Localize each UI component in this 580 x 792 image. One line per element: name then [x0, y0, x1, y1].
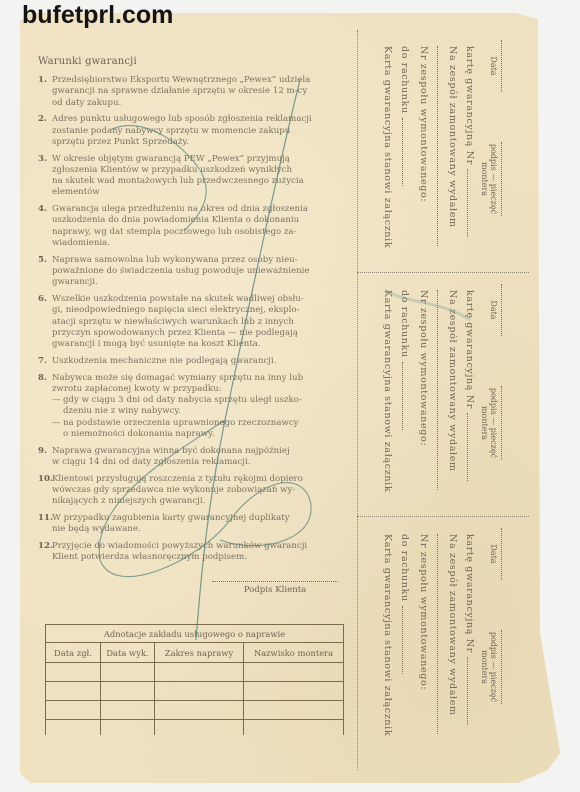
watermark: bufetprl.com — [22, 0, 173, 30]
coupon-date-label: Data — [489, 40, 498, 92]
table-row — [46, 682, 344, 701]
term-number: 5. — [38, 255, 52, 289]
table-title: Adnotacje zakładu usługowego o naprawie — [46, 625, 344, 643]
vertical-perforation-line — [357, 30, 358, 770]
table-cell[interactable] — [101, 682, 155, 701]
table-cell[interactable] — [155, 682, 244, 701]
warranty-term-2: 2.Adres punktu usługowego lub sposób zgł… — [38, 114, 333, 148]
term-number: 12. — [38, 541, 52, 564]
col-header-technician-name: Nazwisko montera — [244, 643, 344, 663]
table-cell[interactable] — [46, 663, 101, 682]
term-text-line: Naprawa gwarancyjna winna być dokonana n… — [52, 446, 333, 457]
coupon-attachment-text: Karta gwarancyjna stanowi załącznik — [382, 534, 393, 736]
card-number-blank[interactable] — [467, 413, 476, 481]
receipt-number-blank[interactable] — [402, 118, 411, 186]
term-text: Naprawa gwarancyjna winna być dokonana n… — [52, 446, 333, 469]
warranty-term-11: 11.W przypadku zagubienia karty gwarancy… — [38, 513, 333, 536]
term-number: 4. — [38, 204, 52, 249]
term-text-line: gwarancji na sprawne działanie sprzętu w… — [52, 86, 333, 97]
col-header-repair-scope: Zakres naprawy — [155, 643, 244, 663]
term-text-line: atacji sprzętu w niewłaściwych warunkach… — [52, 317, 333, 328]
warranty-term-1: 1.Przedsiębiorstwo Eksportu Wewnętrznego… — [38, 75, 333, 109]
term-number: 6. — [38, 294, 52, 350]
warranty-term-5: 5.Naprawa samowolna lub wykonywana przez… — [38, 255, 333, 289]
coupon-signature-label: podpis — pieczęćmontera — [480, 630, 498, 704]
client-signature-line[interactable]: Podpis Klienta — [212, 581, 338, 595]
coupon-installed-unit-text: Na zespół zamontowany wydałem — [447, 290, 458, 472]
subitem-text-line: gdy w ciągu 3 dni od daty nabycia sprzęt… — [63, 395, 302, 406]
term-text: Przedsiębiorstwo Eksportu Wewnętrznego „… — [52, 75, 333, 109]
term-text-line: Nabywca może się domagać wymiany sprzętu… — [52, 373, 333, 384]
term-text-line: gwarancji. — [52, 277, 333, 288]
tear-off-coupon-3[interactable]: Karta gwarancyjna stanowi załącznik do r… — [360, 520, 530, 760]
subitem-text: gdy w ciągu 3 dni od daty nabycia sprzęt… — [63, 395, 302, 418]
term-text-line: nikających z niniejszych gwarancji. — [52, 496, 333, 507]
horizontal-perforation-line — [357, 272, 529, 273]
table-cell[interactable] — [46, 720, 101, 736]
coupon-receipt-field: do rachunku — [399, 46, 411, 186]
coupon-receipt-field: do rachunku — [399, 534, 411, 674]
col-header-date-completed: Data wyk. — [101, 643, 155, 663]
card-number-blank[interactable] — [467, 169, 476, 237]
warranty-term-7: 7.Uszkodzenia mechaniczne nie podlegają … — [38, 356, 333, 367]
warranty-term-9: 9.Naprawa gwarancyjna winna być dokonana… — [38, 446, 333, 469]
table-cell[interactable] — [101, 720, 155, 736]
receipt-number-blank[interactable] — [402, 606, 411, 674]
table-cell[interactable] — [155, 720, 244, 736]
col-header-date-reported: Data zgł. — [46, 643, 101, 663]
term-text: W przypadku zagubienia karty gwarancyjne… — [52, 513, 333, 536]
term-text-line: wówczas gdy sprzedawca nie wykonuje zobo… — [52, 485, 333, 496]
term-text-line: W przypadku zagubienia karty gwarancyjne… — [52, 513, 333, 524]
term-text: Przyjęcie do wiadomości powyższych warun… — [52, 541, 333, 564]
repair-annotations-table: Adnotacje zakładu usługowego o naprawie … — [45, 624, 344, 735]
table-cell[interactable] — [244, 701, 344, 720]
term-subitem: —na podstawie orzeczenia uprawnionego rz… — [52, 418, 333, 441]
term-text-line: Gwarancja ulega przedłużeniu na okres od… — [52, 204, 333, 215]
coupon-card-number-field: kartę gwarancyjną Nr — [464, 290, 476, 481]
tear-off-coupon-1[interactable]: Karta gwarancyjna stanowi załącznik do r… — [360, 32, 530, 272]
warranty-term-4: 4.Gwarancja ulega przedłużeniu na okres … — [38, 204, 333, 249]
term-text-line: W okresie objętym gwarancją PEW „Pewex” … — [52, 154, 333, 165]
coupon-attachment-text: Karta gwarancyjna stanowi załącznik — [382, 46, 393, 248]
term-text-line: sprzętu przez Punkt Sprzedaży. — [52, 137, 333, 148]
term-number: 9. — [38, 446, 52, 469]
removed-unit-blank[interactable] — [437, 290, 438, 490]
warranty-terms-list: 1.Przedsiębiorstwo Eksportu Wewnętrznego… — [38, 75, 333, 569]
coupon-removed-unit-label: Nr zespołu wymontowanego: — [418, 290, 429, 446]
removed-unit-blank[interactable] — [437, 534, 438, 734]
horizontal-perforation-line — [357, 516, 529, 517]
table-cell[interactable] — [155, 663, 244, 682]
table-row — [46, 701, 344, 720]
term-text-line: zostanie podany nabywcy sprzętu w momenc… — [52, 126, 333, 137]
term-text-line: poważnione do świadczenia usług powoduje… — [52, 266, 333, 277]
term-text-line: na skutek wad montażowych lub przedwczes… — [52, 176, 333, 187]
coupon-date-label: Data — [489, 284, 498, 336]
term-text-line: wiadomienia. — [52, 238, 333, 249]
term-text: Gwarancja ulega przedłużeniu na okres od… — [52, 204, 333, 249]
term-text-line: Klientowi przysługują roszczenia z tytuł… — [52, 474, 333, 485]
table-row — [46, 663, 344, 682]
date-blank[interactable] — [501, 40, 502, 92]
coupon-signature-label: podpis — pieczęćmontera — [480, 142, 498, 216]
subitem-text-line: na podstawie orzeczenia uprawnionego rze… — [63, 418, 299, 429]
term-text-line: Uszkodzenia mechaniczne nie podlegają gw… — [52, 356, 333, 367]
coupon-card-number-field: kartę gwarancyjną Nr — [464, 46, 476, 237]
table-cell[interactable] — [244, 682, 344, 701]
term-number: 2. — [38, 114, 52, 148]
term-number: 10. — [38, 474, 52, 508]
table-cell[interactable] — [46, 682, 101, 701]
term-text-line: uszkodzenia do dnia powiadomienia Klient… — [52, 215, 333, 226]
term-text-line: w ciągu 14 dni od daty zgłoszenia reklam… — [52, 457, 333, 468]
term-text-line: gi, nieodpowiedniego napięcia sieci elek… — [52, 305, 333, 316]
subitem-text-line: o niemożności dokonania naprawy. — [63, 429, 299, 440]
coupon-installed-unit-text: Na zespół zamontowany wydałem — [447, 46, 458, 228]
table-cell[interactable] — [244, 720, 344, 736]
warranty-term-10: 10.Klientowi przysługują roszczenia z ty… — [38, 474, 333, 508]
term-number: 8. — [38, 373, 52, 441]
table-cell[interactable] — [155, 701, 244, 720]
technician-signature-blank[interactable] — [501, 630, 502, 704]
term-text-line: Przyjęcie do wiadomości powyższych warun… — [52, 541, 333, 552]
receipt-number-blank[interactable] — [402, 362, 411, 430]
table-cell[interactable] — [244, 663, 344, 682]
tear-off-coupon-2[interactable]: Karta gwarancyjna stanowi załącznik do r… — [360, 276, 530, 516]
term-text-line: zgłoszenia Klientów w przypadku uszkodze… — [52, 165, 333, 176]
term-text-line: przyczyn spowodowanych przez Klienta — n… — [52, 328, 333, 339]
subitem-dash: — — [52, 418, 63, 441]
term-text-line: naprawy, wg dat stempla pocztowego lub o… — [52, 227, 333, 238]
term-text-line: nie będą wydawane. — [52, 524, 333, 535]
term-number: 7. — [38, 356, 52, 367]
coupon-receipt-field: do rachunku — [399, 290, 411, 430]
term-text-line: elementów — [52, 187, 333, 198]
term-text: W okresie objętym gwarancją PEW „Pewex” … — [52, 154, 333, 199]
term-text-line: Adres punktu usługowego lub sposób zgłos… — [52, 114, 333, 125]
coupon-signature-label: podpis — pieczęćmontera — [480, 386, 498, 460]
technician-signature-blank[interactable] — [501, 142, 502, 216]
subitem-text: na podstawie orzeczenia uprawnionego rze… — [63, 418, 299, 441]
removed-unit-blank[interactable] — [437, 46, 438, 246]
term-text-line: od daty zakupu. — [52, 98, 333, 109]
table-row — [46, 720, 344, 736]
terms-heading: Warunki gwarancji — [38, 56, 137, 67]
term-subitem: —gdy w ciągu 3 dni od daty nabycia sprzę… — [52, 395, 333, 418]
warranty-term-3: 3.W okresie objętym gwarancją PEW „Pewex… — [38, 154, 333, 199]
term-text-line: Naprawa samowolna lub wykonywana przez o… — [52, 255, 333, 266]
term-text: Nabywca może się domagać wymiany sprzętu… — [52, 373, 333, 441]
date-blank[interactable] — [501, 284, 502, 336]
coupon-card-number-field: kartę gwarancyjną Nr — [464, 534, 476, 725]
term-text: Adres punktu usługowego lub sposób zgłos… — [52, 114, 333, 148]
warranty-term-6: 6.Wszelkie uszkodzenia powstałe na skute… — [38, 294, 333, 350]
coupon-installed-unit-text: Na zespół zamontowany wydałem — [447, 534, 458, 716]
warranty-term-8: 8.Nabywca może się domagać wymiany sprzę… — [38, 373, 333, 441]
term-text-line: gwarancji i mogą być usunięte na koszt K… — [52, 339, 333, 350]
coupon-date-label: Data — [489, 528, 498, 580]
term-text: Uszkodzenia mechaniczne nie podlegają gw… — [52, 356, 333, 367]
term-number: 1. — [38, 75, 52, 109]
term-number: 11. — [38, 513, 52, 536]
subitem-dash: — — [52, 395, 63, 418]
term-text-line: Klient potwierdza własnoręcznym podpisem… — [52, 552, 333, 563]
table-cell[interactable] — [101, 663, 155, 682]
table-cell[interactable] — [46, 701, 101, 720]
technician-signature-blank[interactable] — [501, 386, 502, 460]
subitem-text-line: dzeniu nie z winy nabywcy. — [63, 406, 302, 417]
term-text: Naprawa samowolna lub wykonywana przez o… — [52, 255, 333, 289]
date-blank[interactable] — [501, 528, 502, 580]
coupon-removed-unit-label: Nr zespołu wymontowanego: — [418, 534, 429, 690]
coupon-attachment-text: Karta gwarancyjna stanowi załącznik — [382, 290, 393, 492]
table-cell[interactable] — [101, 701, 155, 720]
card-number-blank[interactable] — [467, 657, 476, 725]
term-text-line: zwrotu zapłaconej kwoty w przypadku: — [52, 384, 333, 395]
term-text: Klientowi przysługują roszczenia z tytuł… — [52, 474, 333, 508]
term-text-line: Przedsiębiorstwo Eksportu Wewnętrznego „… — [52, 75, 333, 86]
term-text-line: Wszelkie uszkodzenia powstałe na skutek … — [52, 294, 333, 305]
term-text: Wszelkie uszkodzenia powstałe na skutek … — [52, 294, 333, 350]
warranty-term-12: 12.Przyjęcie do wiadomości powyższych wa… — [38, 541, 333, 564]
coupon-removed-unit-label: Nr zespołu wymontowanego: — [418, 46, 429, 202]
term-number: 3. — [38, 154, 52, 199]
client-signature-label: Podpis Klienta — [244, 585, 307, 595]
